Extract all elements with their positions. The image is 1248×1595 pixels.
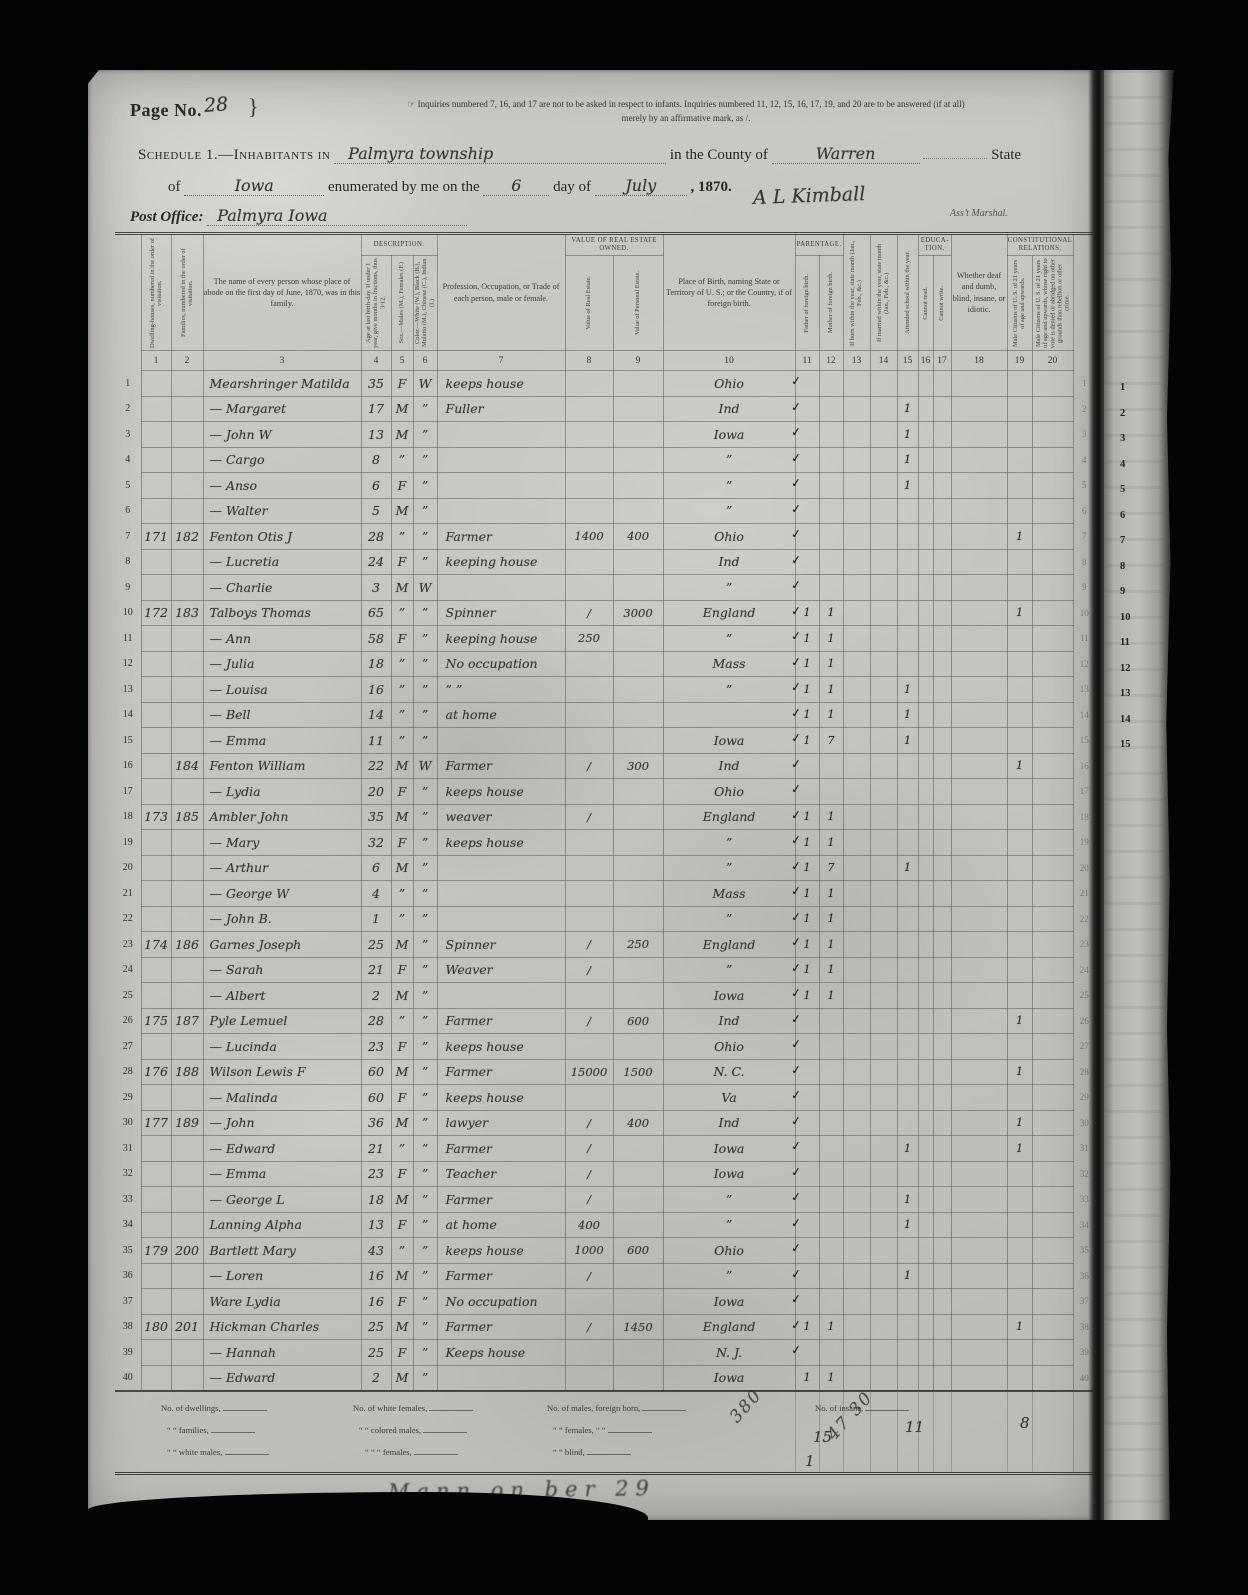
census-row: 14— Bell14””at home✓11114 bbox=[115, 702, 1095, 728]
cell-name: Talboys Thomas bbox=[203, 600, 361, 626]
schedule-label: Schedule 1.—Inhabitants in bbox=[138, 147, 330, 163]
cell-family-number bbox=[171, 702, 203, 728]
cell-family-number bbox=[171, 677, 203, 703]
check-mark: ✓ bbox=[791, 654, 802, 669]
cell-real-estate-value: / bbox=[565, 600, 613, 626]
cell-cannot-write bbox=[933, 1059, 951, 1085]
cell-sex: F bbox=[391, 626, 413, 652]
cell-name: Garnes Joseph bbox=[203, 932, 361, 958]
cell-birthplace: ”✓ bbox=[663, 1187, 795, 1213]
census-row: 24— Sarah21F”Weaver/”✓1124 bbox=[115, 957, 1095, 983]
cell-attended-school bbox=[897, 779, 918, 805]
cell-name: — John W bbox=[203, 422, 361, 448]
cell-family-number bbox=[171, 830, 203, 856]
cell-dwelling-number bbox=[141, 779, 171, 805]
cell-sex: ” bbox=[391, 651, 413, 677]
cell-dwelling-number bbox=[141, 1187, 171, 1213]
cell-real-estate-value bbox=[565, 1340, 613, 1366]
cell-occupation bbox=[437, 983, 565, 1009]
cell-color: ” bbox=[413, 804, 437, 830]
cell-month-married bbox=[870, 779, 897, 805]
strip-row-number: 1 bbox=[1120, 382, 1125, 393]
cell-cannot-read bbox=[918, 1085, 933, 1111]
footer-column-rule bbox=[1073, 1392, 1074, 1472]
footer-column-rule bbox=[1007, 1392, 1008, 1472]
row-number-left: 35 bbox=[115, 1238, 141, 1264]
cell-month-born bbox=[843, 371, 870, 397]
cell-occupation bbox=[437, 473, 565, 499]
table-header-row-groups: Dwelling-houses, numbered in the order o… bbox=[115, 234, 1095, 256]
check-mark: ✓ bbox=[791, 1139, 802, 1154]
day-of-label: day of bbox=[553, 179, 591, 195]
footer-column-rule bbox=[795, 1392, 796, 1472]
cell-male-citizen: 1 bbox=[1007, 1110, 1032, 1136]
cell-color: ” bbox=[413, 881, 437, 907]
cell-birthplace: England✓ bbox=[663, 600, 795, 626]
cell-attended-school: 1 bbox=[897, 1187, 918, 1213]
cell-cannot-write bbox=[933, 651, 951, 677]
row-number-left: 30 bbox=[115, 1110, 141, 1136]
cell-name: — George L bbox=[203, 1187, 361, 1213]
cell-sex: F bbox=[391, 1340, 413, 1366]
cell-occupation bbox=[437, 498, 565, 524]
total-value-1: 1 bbox=[805, 1452, 815, 1470]
census-row: 30177189— John36M”lawyer/400Ind✓130 bbox=[115, 1110, 1095, 1136]
cell-family-number bbox=[171, 1136, 203, 1162]
cell-sex: M bbox=[391, 1365, 413, 1391]
cell-occupation: keeps house bbox=[437, 779, 565, 805]
cell-deaf-blind-insane bbox=[951, 1008, 1007, 1034]
cell-name: Mearshringer Matilda bbox=[203, 371, 361, 397]
row-number-left: 34 bbox=[115, 1212, 141, 1238]
cell-month-married bbox=[870, 677, 897, 703]
check-mark: ✓ bbox=[791, 578, 802, 593]
cell-birthplace: Ind✓ bbox=[663, 396, 795, 422]
cell-dwelling-number bbox=[141, 371, 171, 397]
cell-family-number: 187 bbox=[171, 1008, 203, 1034]
census-row: 31— Edward21””Farmer/Iowa✓1131 bbox=[115, 1136, 1095, 1162]
cell-birthplace: ”✓ bbox=[663, 957, 795, 983]
cell-sex: M bbox=[391, 498, 413, 524]
cell-color: ” bbox=[413, 957, 437, 983]
cell-month-married bbox=[870, 447, 897, 473]
cell-age: 16 bbox=[361, 1289, 391, 1315]
footer-column-rule bbox=[843, 1392, 844, 1472]
footer-column-rule bbox=[933, 1392, 934, 1472]
col-number-5: 5 bbox=[391, 351, 413, 371]
col-head-text: Value of Real Estate. bbox=[585, 276, 592, 330]
cell-month-born bbox=[843, 1238, 870, 1264]
cell-attended-school bbox=[897, 626, 918, 652]
cell-color: ” bbox=[413, 830, 437, 856]
cell-dwelling-number bbox=[141, 753, 171, 779]
cell-vote-denied bbox=[1032, 1136, 1073, 1162]
col-head-text: Father of foreign birth. bbox=[803, 274, 810, 333]
check-mark: ✓ bbox=[791, 1215, 802, 1230]
cell-cannot-write bbox=[933, 702, 951, 728]
cell-month-married bbox=[870, 906, 897, 932]
torn-corner bbox=[86, 66, 102, 86]
cell-month-married bbox=[870, 1340, 897, 1366]
cell-real-estate-value bbox=[565, 422, 613, 448]
cell-cannot-read bbox=[918, 371, 933, 397]
check-mark: ✓ bbox=[791, 1190, 802, 1205]
cell-month-married bbox=[870, 473, 897, 499]
cell-attended-school bbox=[897, 1161, 918, 1187]
cell-family-number bbox=[171, 779, 203, 805]
cell-age: 18 bbox=[361, 651, 391, 677]
cell-attended-school bbox=[897, 524, 918, 550]
cell-cannot-read bbox=[918, 1238, 933, 1264]
cell-mother-foreign bbox=[819, 1136, 843, 1162]
cell-month-born bbox=[843, 957, 870, 983]
cell-occupation: at home bbox=[437, 1212, 565, 1238]
check-mark: ✓ bbox=[791, 1164, 802, 1179]
total-dwellings-label: No. of dwellings, bbox=[161, 1402, 267, 1413]
group-constitutional: Constitutional Relations. bbox=[1007, 234, 1073, 256]
footer-column-rule bbox=[897, 1392, 898, 1472]
cell-personal-estate-value bbox=[613, 983, 663, 1009]
check-mark: ✓ bbox=[791, 399, 802, 414]
cell-birthplace: Ind✓ bbox=[663, 753, 795, 779]
cell-attended-school bbox=[897, 932, 918, 958]
cell-vote-denied bbox=[1032, 1187, 1073, 1213]
cell-month-married bbox=[870, 1161, 897, 1187]
cell-cannot-read bbox=[918, 906, 933, 932]
township-field: Palmyra township bbox=[334, 144, 666, 164]
col-head-text: Male Citizens of U. S. of 21 years of ag… bbox=[1012, 256, 1026, 350]
cell-cannot-read bbox=[918, 881, 933, 907]
census-row: 35179200Bartlett Mary43””keeps house1000… bbox=[115, 1238, 1095, 1264]
cell-month-born bbox=[843, 498, 870, 524]
cell-name: — Ann bbox=[203, 626, 361, 652]
cell-deaf-blind-insane bbox=[951, 1263, 1007, 1289]
cell-male-citizen bbox=[1007, 549, 1032, 575]
cell-vote-denied bbox=[1032, 396, 1073, 422]
cell-real-estate-value bbox=[565, 677, 613, 703]
row-number-left: 40 bbox=[115, 1365, 141, 1391]
cell-cannot-write bbox=[933, 473, 951, 499]
cell-family-number bbox=[171, 1085, 203, 1111]
cell-deaf-blind-insane bbox=[951, 473, 1007, 499]
census-row: 27— Lucinda23F”keeps houseOhio✓27 bbox=[115, 1034, 1095, 1060]
cell-deaf-blind-insane bbox=[951, 1034, 1007, 1060]
scan-background: Page No. 28 } ☞ Inquiries numbered 7, 16… bbox=[0, 0, 1248, 1595]
cell-attended-school bbox=[897, 1340, 918, 1366]
cell-birthplace: ”✓ bbox=[663, 626, 795, 652]
cell-family-number bbox=[171, 422, 203, 448]
cell-family-number: 189 bbox=[171, 1110, 203, 1136]
cell-color: ” bbox=[413, 549, 437, 575]
cell-family-number bbox=[171, 1161, 203, 1187]
cell-month-born bbox=[843, 1212, 870, 1238]
cell-color: ” bbox=[413, 932, 437, 958]
cell-real-estate-value: 15000 bbox=[565, 1059, 613, 1085]
cell-birthplace: Ind✓ bbox=[663, 1110, 795, 1136]
cell-occupation: No occupation bbox=[437, 1289, 565, 1315]
cell-cannot-write bbox=[933, 1263, 951, 1289]
cell-dwelling-number bbox=[141, 728, 171, 754]
cell-birthplace: England✓ bbox=[663, 1314, 795, 1340]
total-females-foreign-label: “ “ females, “ “ bbox=[553, 1424, 652, 1435]
cell-deaf-blind-insane bbox=[951, 626, 1007, 652]
cell-mother-foreign: 1 bbox=[819, 626, 843, 652]
cell-sex: M bbox=[391, 396, 413, 422]
total-white-males-label: “ “ white males, bbox=[167, 1446, 269, 1457]
check-mark: ✓ bbox=[791, 476, 802, 491]
check-mark: ✓ bbox=[791, 782, 802, 797]
cell-deaf-blind-insane bbox=[951, 677, 1007, 703]
strip-row-number: 4 bbox=[1120, 459, 1125, 470]
cell-cannot-read bbox=[918, 396, 933, 422]
cell-mother-foreign bbox=[819, 1238, 843, 1264]
cell-dwelling-number bbox=[141, 1289, 171, 1315]
col-head-text: Cannot write. bbox=[938, 286, 945, 321]
cell-mother-foreign bbox=[819, 1059, 843, 1085]
cell-mother-foreign bbox=[819, 1289, 843, 1315]
cell-month-born bbox=[843, 626, 870, 652]
cell-dwelling-number bbox=[141, 1034, 171, 1060]
cell-real-estate-value bbox=[565, 728, 613, 754]
cell-color: ” bbox=[413, 1161, 437, 1187]
cell-name: — Emma bbox=[203, 1161, 361, 1187]
strip-row-number: 12 bbox=[1120, 663, 1131, 674]
col-head-text: Sex.—Males (M.), Females (F.) bbox=[398, 262, 405, 343]
strip-row-number: 10 bbox=[1120, 612, 1131, 623]
cell-mother-foreign: 7 bbox=[819, 728, 843, 754]
cell-real-estate-value bbox=[565, 498, 613, 524]
census-row: 28176188Wilson Lewis F60M”Farmer15000150… bbox=[115, 1059, 1095, 1085]
post-office-line: Post Office: Palmyra Iowa bbox=[130, 206, 467, 226]
marshal-signature: A L Kimball bbox=[753, 183, 866, 209]
cell-month-born bbox=[843, 1085, 870, 1111]
cell-cannot-write bbox=[933, 957, 951, 983]
cell-vote-denied bbox=[1032, 677, 1073, 703]
cell-male-citizen bbox=[1007, 1289, 1032, 1315]
col-number-19: 19 bbox=[1007, 351, 1032, 371]
cell-personal-estate-value bbox=[613, 1365, 663, 1391]
cell-deaf-blind-insane bbox=[951, 371, 1007, 397]
cell-male-citizen bbox=[1007, 677, 1032, 703]
row-number-left: 16 bbox=[115, 753, 141, 779]
total-colored-males-label: “ “ colored males, bbox=[359, 1424, 467, 1435]
cell-month-married bbox=[870, 651, 897, 677]
cell-color: ” bbox=[413, 1340, 437, 1366]
cell-birthplace: Ind✓ bbox=[663, 1008, 795, 1034]
census-row: 15— Emma11””Iowa✓17115 bbox=[115, 728, 1095, 754]
row-number-left: 4 bbox=[115, 447, 141, 473]
cell-sex: M bbox=[391, 753, 413, 779]
cell-attended-school bbox=[897, 549, 918, 575]
census-row: 40— Edward2M”Iowa1140 bbox=[115, 1365, 1095, 1391]
cell-cannot-read bbox=[918, 626, 933, 652]
cell-real-estate-value: / bbox=[565, 1263, 613, 1289]
cell-deaf-blind-insane bbox=[951, 779, 1007, 805]
cell-vote-denied bbox=[1032, 549, 1073, 575]
cell-name: — Margaret bbox=[203, 396, 361, 422]
cell-month-born bbox=[843, 524, 870, 550]
cell-mother-foreign bbox=[819, 1263, 843, 1289]
cell-family-number bbox=[171, 575, 203, 601]
cell-deaf-blind-insane bbox=[951, 753, 1007, 779]
cell-age: 65 bbox=[361, 600, 391, 626]
col-head-16: Cannot read. bbox=[918, 256, 933, 351]
cell-birthplace: Ohio✓ bbox=[663, 1238, 795, 1264]
cell-male-citizen bbox=[1007, 422, 1032, 448]
cell-dwelling-number: 171 bbox=[141, 524, 171, 550]
cell-mother-foreign bbox=[819, 524, 843, 550]
row-number-left: 10 bbox=[115, 600, 141, 626]
col-number-13: 13 bbox=[843, 351, 870, 371]
cell-attended-school bbox=[897, 1110, 918, 1136]
census-row: 4— Cargo8”””✓14 bbox=[115, 447, 1095, 473]
cell-personal-estate-value bbox=[613, 1340, 663, 1366]
footer-column-rule bbox=[1032, 1392, 1033, 1472]
cell-cannot-read bbox=[918, 422, 933, 448]
cell-name: — Edward bbox=[203, 1136, 361, 1162]
row-number-left: 5 bbox=[115, 473, 141, 499]
cell-month-married bbox=[870, 804, 897, 830]
cell-deaf-blind-insane bbox=[951, 600, 1007, 626]
cell-birthplace: Ohio✓ bbox=[663, 524, 795, 550]
cell-month-married bbox=[870, 524, 897, 550]
cell-occupation: Farmer bbox=[437, 1187, 565, 1213]
cell-age: 24 bbox=[361, 549, 391, 575]
cell-month-married bbox=[870, 1263, 897, 1289]
col-head-3: The name of every person whose place of … bbox=[203, 234, 361, 351]
total-value-11: 11 bbox=[905, 1418, 924, 1436]
cell-sex: F bbox=[391, 1085, 413, 1111]
cell-cannot-read bbox=[918, 702, 933, 728]
census-row: 9— Charlie3MW”✓9 bbox=[115, 575, 1095, 601]
census-row: 26175187Pyle Lemuel28””Farmer/600Ind✓126 bbox=[115, 1008, 1095, 1034]
cell-birthplace: ✓ bbox=[663, 702, 795, 728]
cell-cannot-read bbox=[918, 1110, 933, 1136]
cell-birthplace: Iowa✓ bbox=[663, 1161, 795, 1187]
row-number-left: 24 bbox=[115, 957, 141, 983]
cell-family-number bbox=[171, 855, 203, 881]
row-number-left: 11 bbox=[115, 626, 141, 652]
cell-deaf-blind-insane bbox=[951, 1314, 1007, 1340]
cell-name: Pyle Lemuel bbox=[203, 1008, 361, 1034]
cell-month-married bbox=[870, 575, 897, 601]
cell-color: ” bbox=[413, 422, 437, 448]
census-row: 19— Mary32F”keeps house”✓1119 bbox=[115, 830, 1095, 856]
cell-month-born bbox=[843, 1136, 870, 1162]
cell-month-married bbox=[870, 549, 897, 575]
cell-male-citizen bbox=[1007, 651, 1032, 677]
census-row: 39— Hannah25F”Keeps houseN. J.✓39 bbox=[115, 1340, 1095, 1366]
cell-month-born bbox=[843, 447, 870, 473]
cell-name: — Albert bbox=[203, 983, 361, 1009]
cell-cannot-write bbox=[933, 804, 951, 830]
check-mark: ✓ bbox=[791, 858, 802, 873]
census-row: 10172183Talboys Thomas65””Spinner/3000En… bbox=[115, 600, 1095, 626]
cell-deaf-blind-insane bbox=[951, 702, 1007, 728]
cell-color: W bbox=[413, 753, 437, 779]
cell-cannot-read bbox=[918, 1161, 933, 1187]
cell-deaf-blind-insane bbox=[951, 549, 1007, 575]
cell-dwelling-number: 174 bbox=[141, 932, 171, 958]
cell-age: 4 bbox=[361, 881, 391, 907]
strip-row-number: 13 bbox=[1120, 688, 1131, 699]
cell-dwelling-number bbox=[141, 855, 171, 881]
cell-attended-school bbox=[897, 1314, 918, 1340]
cell-sex: ” bbox=[391, 702, 413, 728]
cell-sex: M bbox=[391, 1059, 413, 1085]
cell-cannot-write bbox=[933, 1085, 951, 1111]
cell-real-estate-value: 250 bbox=[565, 626, 613, 652]
check-mark: ✓ bbox=[791, 603, 802, 618]
cell-mother-foreign: 1 bbox=[819, 651, 843, 677]
cell-month-born bbox=[843, 1187, 870, 1213]
cell-family-number bbox=[171, 371, 203, 397]
cell-birthplace: Iowa✓ bbox=[663, 728, 795, 754]
cell-sex: M bbox=[391, 1314, 413, 1340]
col-head-9: Value of Personal Estate. bbox=[613, 256, 663, 351]
cell-color: ” bbox=[413, 1059, 437, 1085]
cell-mother-foreign: 1 bbox=[819, 1365, 843, 1391]
cell-name: — Charlie bbox=[203, 575, 361, 601]
cell-dwelling-number bbox=[141, 1365, 171, 1391]
row-number-left: 14 bbox=[115, 702, 141, 728]
cell-occupation bbox=[437, 575, 565, 601]
cell-real-estate-value: 1000 bbox=[565, 1238, 613, 1264]
cell-month-born bbox=[843, 932, 870, 958]
post-office-field: Palmyra Iowa bbox=[207, 206, 467, 226]
cell-real-estate-value bbox=[565, 371, 613, 397]
cell-vote-denied bbox=[1032, 1008, 1073, 1034]
cell-attended-school bbox=[897, 575, 918, 601]
cell-personal-estate-value bbox=[613, 473, 663, 499]
cell-male-citizen bbox=[1007, 702, 1032, 728]
col-number-11: 11 bbox=[795, 351, 819, 371]
cell-month-married bbox=[870, 396, 897, 422]
cell-birthplace: ”✓ bbox=[663, 830, 795, 856]
cell-cannot-write bbox=[933, 371, 951, 397]
strip-row-number: 6 bbox=[1120, 510, 1125, 521]
col-number-10: 10 bbox=[663, 351, 795, 371]
cell-cannot-read bbox=[918, 932, 933, 958]
check-mark: ✓ bbox=[791, 1062, 802, 1077]
cell-mother-foreign bbox=[819, 1034, 843, 1060]
cell-vote-denied bbox=[1032, 626, 1073, 652]
cell-personal-estate-value bbox=[613, 1263, 663, 1289]
row-number-left: 20 bbox=[115, 855, 141, 881]
total-white-females-label: No. of white females, bbox=[353, 1402, 473, 1413]
census-page: Page No. 28 } ☞ Inquiries numbered 7, 16… bbox=[88, 70, 1096, 1520]
cell-color: ” bbox=[413, 1212, 437, 1238]
page-no-value: 28 bbox=[203, 93, 229, 117]
cell-occupation: keeps house bbox=[437, 1238, 565, 1264]
cell-cannot-write bbox=[933, 524, 951, 550]
strip-row-number: 14 bbox=[1120, 714, 1131, 725]
cell-mother-foreign: 1 bbox=[819, 983, 843, 1009]
cell-vote-denied bbox=[1032, 600, 1073, 626]
cell-personal-estate-value bbox=[613, 702, 663, 728]
cell-male-citizen: 1 bbox=[1007, 1314, 1032, 1340]
cell-color: ” bbox=[413, 396, 437, 422]
cell-vote-denied bbox=[1032, 906, 1073, 932]
cell-real-estate-value: 1400 bbox=[565, 524, 613, 550]
cell-occupation: lawyer bbox=[437, 1110, 565, 1136]
cell-personal-estate-value bbox=[613, 1136, 663, 1162]
cell-dwelling-number bbox=[141, 473, 171, 499]
row-number-left: 38 bbox=[115, 1314, 141, 1340]
cell-cannot-write bbox=[933, 932, 951, 958]
cell-mother-foreign bbox=[819, 473, 843, 499]
cell-deaf-blind-insane bbox=[951, 1110, 1007, 1136]
